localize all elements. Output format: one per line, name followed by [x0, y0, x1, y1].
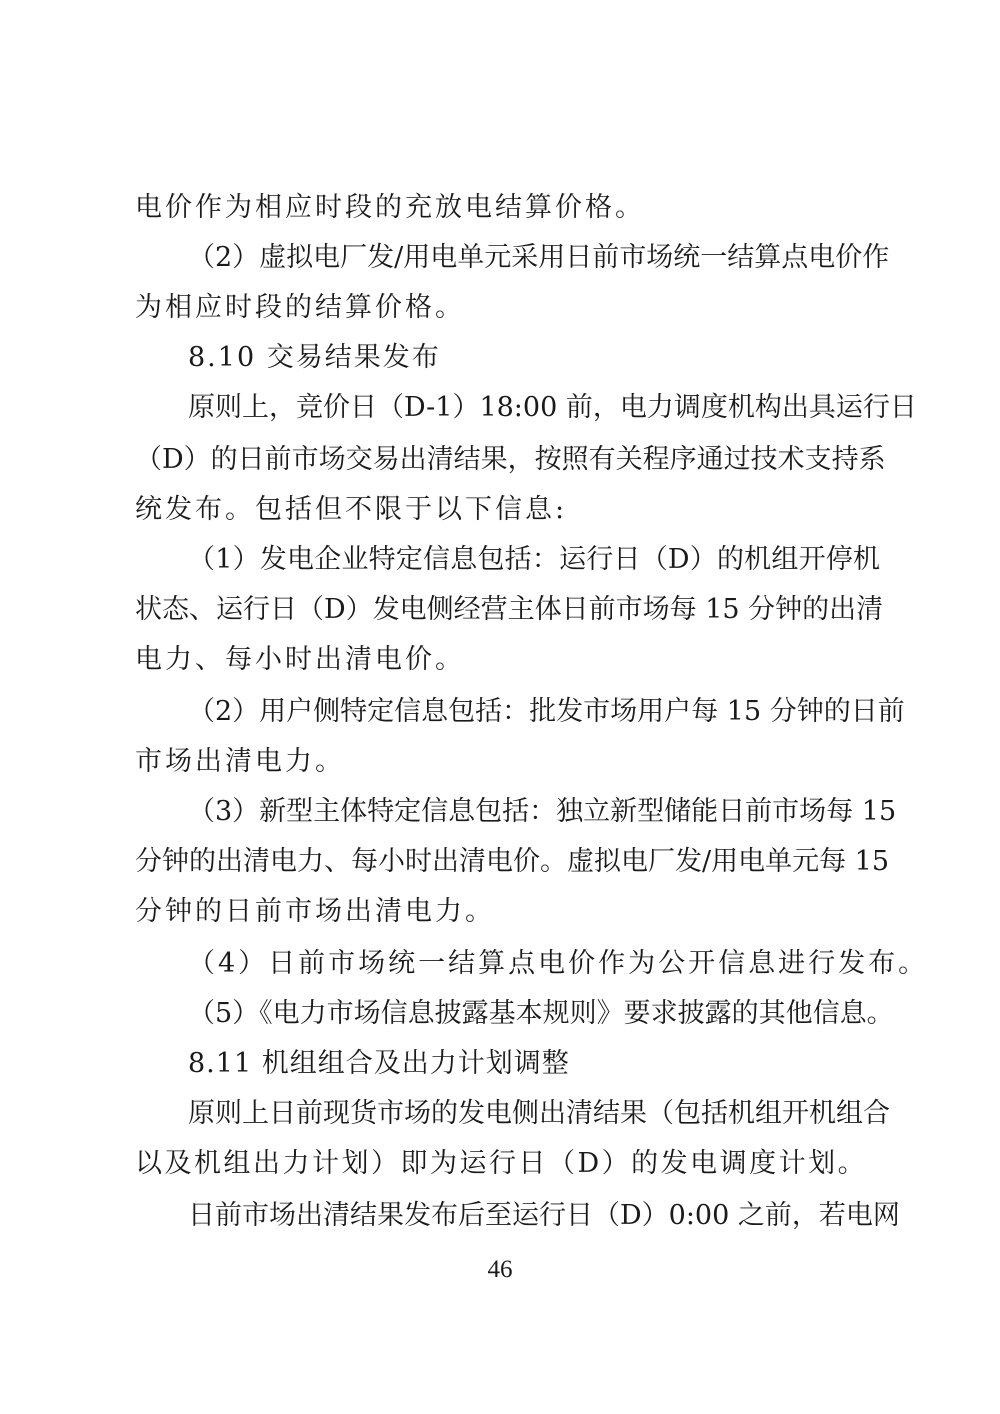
list-item-line: （2）用户侧特定信息包括：批发市场用户每 15 分钟的日前: [188, 692, 880, 732]
paragraph-line: 为相应时段的结算价格。: [135, 288, 880, 328]
paragraph-line: 状态、运行日（D）发电侧经营主体日前市场每 15 分钟的出清: [135, 590, 880, 630]
paragraph-line: 原则上，竞价日（D-1）18:00 前，电力调度机构出具运行日: [188, 388, 880, 428]
section-heading-8-10: 8.10 交易结果发布: [188, 338, 880, 378]
paragraph-line: 电价作为相应时段的充放电结算价格。: [135, 188, 880, 228]
paragraph-line: 以及机组出力计划）即为运行日（D）的发电调度计划。: [135, 1144, 880, 1184]
document-page: 电价作为相应时段的充放电结算价格。 （2）虚拟电厂发/用电单元采用日前市场统一结…: [0, 0, 1000, 1414]
paragraph-line: 分钟的出清电力、每小时出清电价。虚拟电厂发/用电单元每 15: [135, 842, 880, 882]
paragraph-line: 原则上日前现货市场的发电侧出清结果（包括机组开机组合: [188, 1094, 880, 1134]
paragraph-line: 分钟的日前市场出清电力。: [135, 892, 880, 932]
paragraph-line: 电力、每小时出清电价。: [135, 640, 880, 680]
page-number: 46: [0, 1256, 1000, 1284]
paragraph-line: 统发布。包括但不限于以下信息:: [135, 490, 880, 530]
list-item-line: （1）发电企业特定信息包括：运行日（D）的机组开停机: [188, 540, 880, 580]
paragraph-line: （D）的日前市场交易出清结果，按照有关程序通过技术支持系: [135, 440, 880, 480]
list-item-line: （5）《电力市场信息披露基本规则》要求披露的其他信息。: [188, 994, 880, 1034]
list-item-line: （2）虚拟电厂发/用电单元采用日前市场统一结算点电价作: [188, 238, 880, 278]
paragraph-line: 日前市场出清结果发布后至运行日（D）0:00 之前，若电网: [188, 1196, 880, 1236]
paragraph-line: 市场出清电力。: [135, 742, 880, 782]
section-heading-8-11: 8.11 机组组合及出力计划调整: [188, 1044, 880, 1084]
list-item-line: （4）日前市场统一结算点电价作为公开信息进行发布。: [188, 944, 880, 984]
list-item-line: （3）新型主体特定信息包括：独立新型储能日前市场每 15: [188, 792, 880, 832]
